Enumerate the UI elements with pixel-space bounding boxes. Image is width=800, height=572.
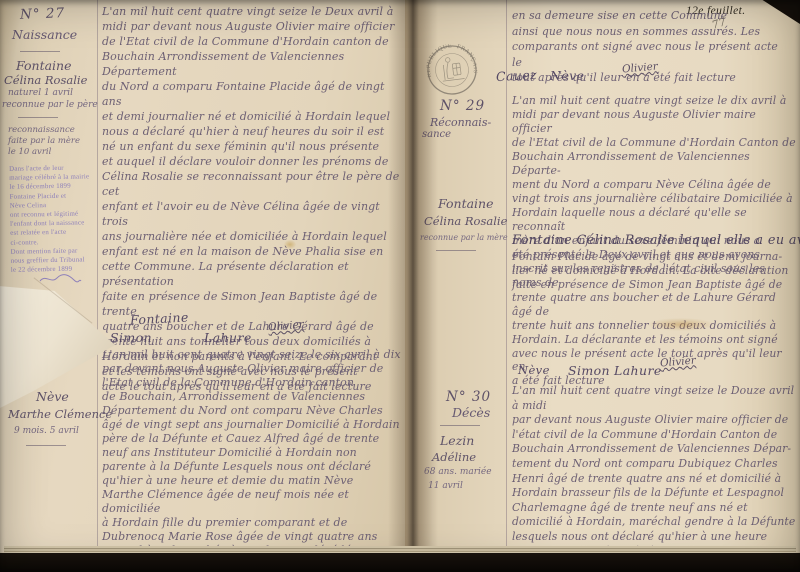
civil-register-photo: N° 27 Naissance Fontaine Célina Rosalie … <box>0 0 800 572</box>
act29-number: N° 29 <box>440 98 485 114</box>
act29-signature-neve: Nève <box>518 363 550 377</box>
margin-divider <box>18 117 58 118</box>
margin-divider <box>436 250 476 251</box>
act27-margin-note1: naturel 1 avril <box>8 88 73 98</box>
book-gutter <box>388 0 438 553</box>
act27-margin-surname: Fontaine <box>16 58 72 73</box>
seal-figure <box>440 56 465 81</box>
margin-divider <box>26 445 66 446</box>
act29-type-line1: Réconnais- <box>430 116 491 129</box>
act27-signature-lahure: Lahure <box>204 330 252 345</box>
act29-signature-lahure: Lahure <box>614 363 662 378</box>
act28-body-text: L'an mil huit cent quatre vingt seize le… <box>102 348 402 558</box>
act30-number: N° 30 <box>446 389 491 405</box>
act28-margin-surname: Nève <box>36 389 69 404</box>
greffier-signature-flourish <box>38 272 82 286</box>
act27-margin-recognition-note: reconnaissance faite par la mère le 10 a… <box>8 125 80 158</box>
continuation-signature-neve: Nève <box>550 68 584 83</box>
act29-signature-simon: Simon <box>568 363 610 378</box>
act27-signature-simon: Simon <box>110 330 152 345</box>
act27-type: Naissance <box>12 27 77 42</box>
act29-margin-surname: Fontaine <box>438 196 494 211</box>
left-margin-rule <box>97 0 98 553</box>
act27-signature-fontaine: Fontaine <box>130 309 189 327</box>
continuation-signature-cauez: Cauez <box>496 67 538 84</box>
legitimation-stamp-text: Dans l'acte de leur mariage célébré à la… <box>9 163 97 275</box>
act30-margin-given-names: Adéline <box>432 450 476 464</box>
act29-child-name-line: Fontaine Célina Rosalie lequel elle a eu… <box>512 233 800 248</box>
photo-background-band <box>0 553 800 572</box>
act30-type: Décès <box>452 405 490 420</box>
act30-margin-surname: Lezin <box>440 433 474 448</box>
act28-margin-given-names: Marthe Clémence <box>8 407 112 421</box>
act27-number: N° 27 <box>20 5 66 23</box>
act30-body-text: L'an mil huit cent quatre vingt seize le… <box>512 384 798 559</box>
margin-divider <box>20 51 60 52</box>
margin-divider <box>440 425 480 426</box>
act28-margin-note: 9 mois. 5 avril <box>14 426 79 436</box>
act27-margin-note2: reconnue par le père <box>2 100 98 110</box>
act27-margin-given-names: Célina Rosalie <box>4 73 87 87</box>
